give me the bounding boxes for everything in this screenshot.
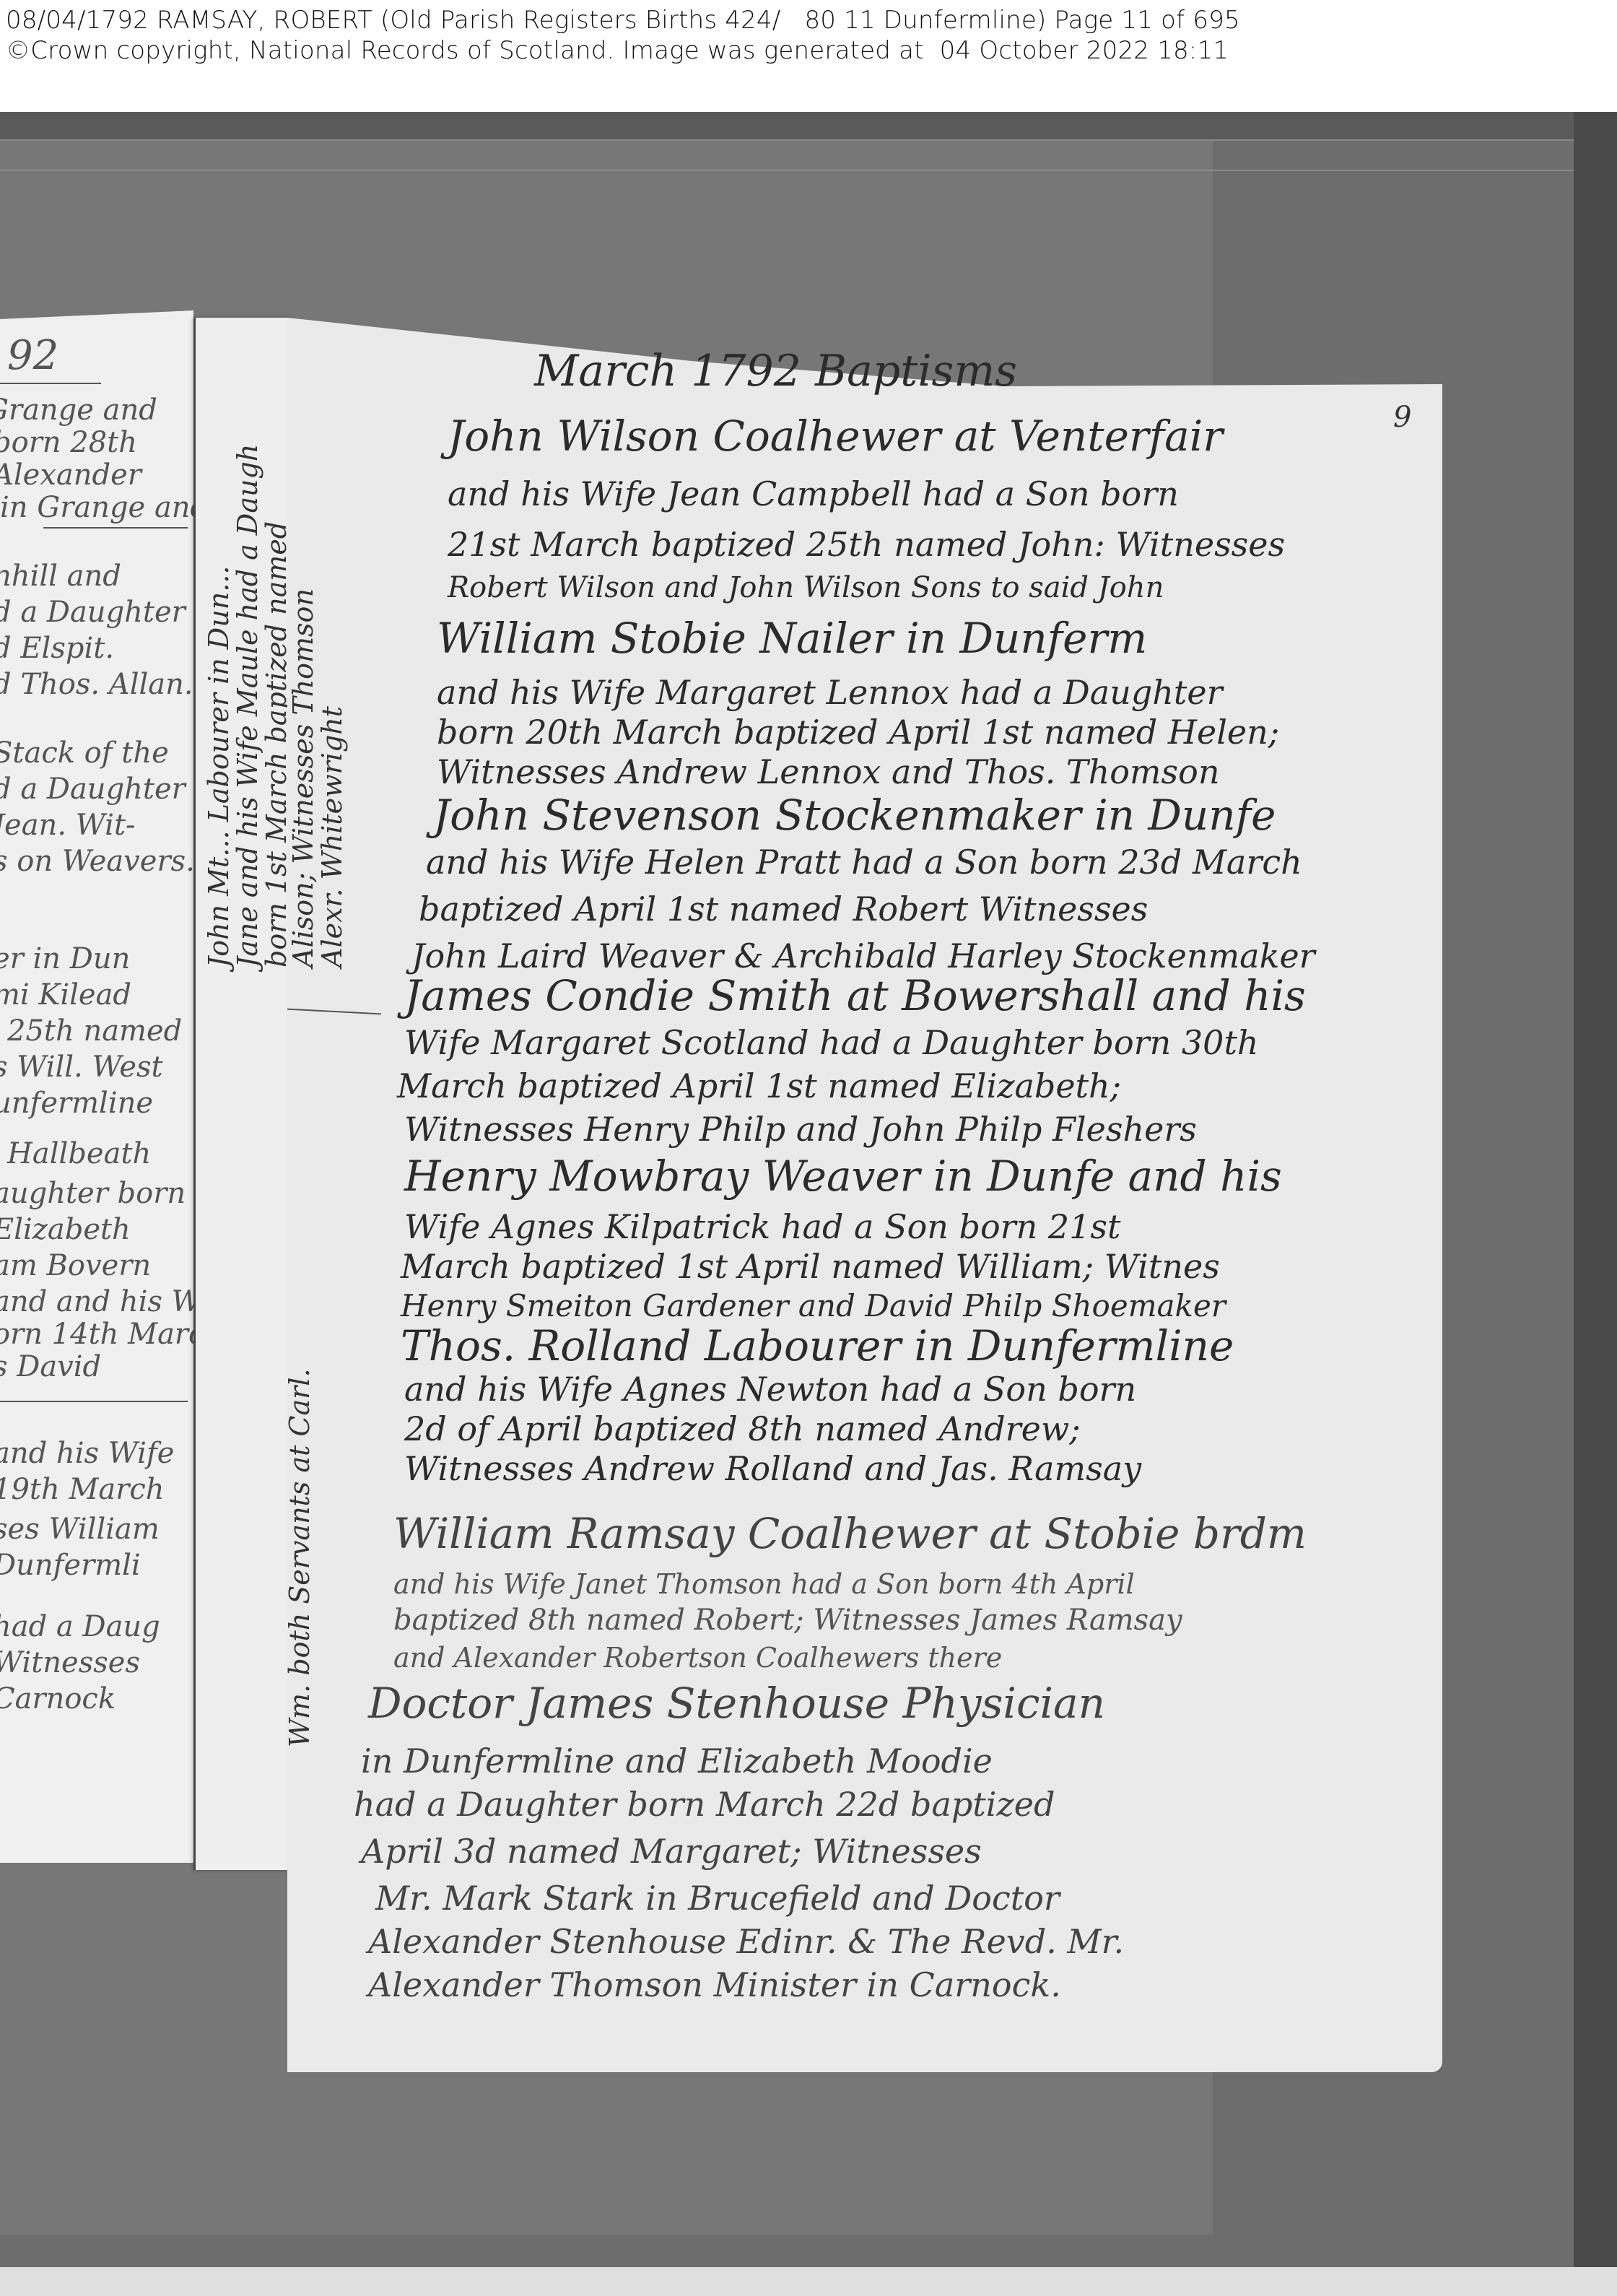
margin-vertical-line: Wm. both Servants at Carl. [284,1368,315,1747]
binding-margin: John Mt... Labourer in Dun... Jane and h… [193,318,289,1870]
entry-line: William Stobie Nailer in Dunferm [437,614,1147,663]
left-line: in Grange and [0,491,209,524]
entry-line: Robert Wilson and John Wilson Sons to sa… [448,563,1164,612]
record-title: 08/04/1792 RAMSAY, ROBERT (Old Parish Re… [6,6,1240,35]
entry-line: Alexander Thomson Minister in Carnock. [368,1960,1061,2009]
scan-line [0,170,1617,171]
entry-line: Witnesses Henry Philp and John Philp Fle… [404,1105,1197,1154]
entry-line: and his Wife Helen Pratt had a Son born … [426,838,1302,887]
left-line: born 28th [0,426,137,459]
left-line: d a Daughter [0,773,186,806]
entry-divider [0,383,101,384]
margin-vertical-line: Alexr. Whitewright [316,706,348,967]
entry-line: March baptized April 1st named Elizabeth… [397,1061,1121,1110]
entry-line: Doctor James Stenhouse Physician [368,1679,1105,1728]
entry-line: John Wilson Coalhewer at Venterfair [448,412,1223,461]
register-heading: March 1792 Baptisms [534,347,1017,396]
image-caption: 08/04/1792 RAMSAY, ROBERT (Old Parish Re… [0,0,1617,112]
entry-line: 21st March baptized 25th named John: Wit… [448,520,1285,569]
left-line: had a Daug [0,1610,160,1643]
left-line: Alexander [0,458,141,492]
entry-divider [0,1401,188,1402]
left-line: Stack of the [0,736,169,770]
left-line: er in Dun [0,942,130,975]
left-line: nhill and [0,560,121,593]
left-line: d Elspit. [0,632,114,665]
margin-vertical-line: Jane and his Wife Maule had a Daugh [232,444,263,967]
entry-line: had a Daughter born March 22d baptized [354,1780,1055,1829]
left-page-fragment: 92 Grange and born 28th Alexander in Gra… [0,310,193,1863]
entry-divider [287,1009,381,1015]
left-line: s Will. West [0,1051,163,1084]
entry-line: Witnesses Andrew Lennox and Thos. Thomso… [437,747,1219,796]
margin-vertical-line: John Mt... Labourer in Dun... [203,566,235,967]
left-line: s on Weavers. [0,845,195,878]
left-line: s David [0,1350,101,1383]
left-line: 19th March [0,1473,165,1506]
entry-line: Witnesses Andrew Rolland and Jas. Ramsay [404,1444,1141,1493]
entry-line: Mr. Mark Stark in Brucefield and Doctor [375,1874,1060,1923]
left-line: mi Kilead [0,978,131,1012]
left-line: aughter born [0,1177,186,1210]
left-line: d Thos. Allan. [0,668,193,701]
page-number: 9 [1393,401,1411,434]
scan-right-edge [1574,112,1617,2267]
entry-line: baptized April 1st named Robert Witnesse… [419,884,1148,934]
copyright-notice: ©Crown copyright, National Records of Sc… [6,36,1229,65]
left-line: Hallbeath [7,1137,151,1170]
left-line: and his Wife [0,1437,174,1470]
entry-line: John Stevenson Stockenmaker in Dunfe [433,791,1276,840]
left-line: Grange and [0,393,157,427]
entry-divider [43,527,188,529]
left-line: d a Daughter [0,596,186,629]
left-line: 25th named [7,1014,182,1048]
left-line: orn 14th March [0,1318,223,1351]
left-line: Dunfermli [0,1549,141,1582]
left-line: Carnock [0,1682,115,1716]
footer-strip [0,2267,1617,2296]
left-line: ses William [0,1513,160,1546]
left-line: unfermline [0,1087,153,1120]
entry-line: April 3d named Margaret; Witnesses [361,1827,982,1876]
entry-line: in Dunfermline and Elizabeth Moodie [361,1736,993,1786]
entry-line: Alexander Stenhouse Edinr. & The Revd. M… [368,1917,1124,1966]
left-line: Witnesses [0,1646,140,1679]
left-line: am Bovern [0,1249,151,1282]
margin-vertical-line: Alison; Witnesses Thomson [287,588,319,967]
left-line: 92 [7,332,58,379]
entry-line: Thos. Rolland Labourer in Dunfermline [401,1321,1234,1370]
entry-line: Wife Margaret Scotland had a Daughter bo… [404,1018,1259,1067]
left-line: Elizabeth [0,1213,131,1246]
left-line: Jean. Wit- [0,809,136,842]
entry-line: and his Wife Jean Campbell had a Son bor… [448,469,1179,518]
entry-line: and Alexander Robertson Coalhewers there [393,1633,1002,1682]
entry-line: James Condie Smith at Bowershall and his [404,971,1306,1020]
scan-top-band [0,112,1617,141]
entry-line: Henry Mowbray Weaver in Dunfe and his [404,1152,1282,1201]
entry-line: William Ramsay Coalhewer at Stobie brdm [393,1509,1307,1558]
